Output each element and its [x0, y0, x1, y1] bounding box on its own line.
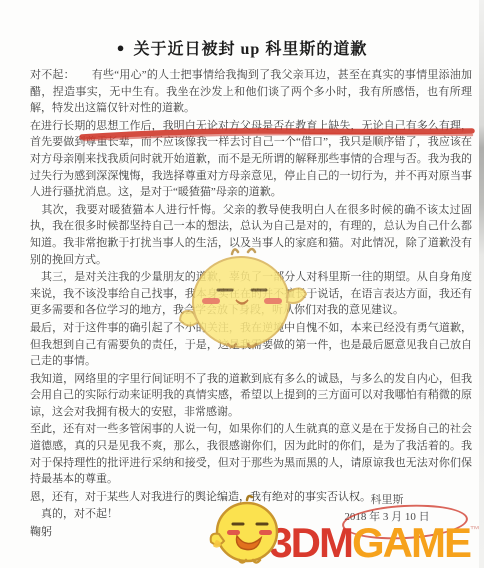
- apology-letter-body: 对不起： 有些“用心”的人士把事情给我掏到了我父亲耳边，甚至在真实的事情里添油加…: [30, 67, 472, 542]
- paragraph-sincerity: 我知道，网络里的字里行间证明不了我的道歉到底有多么的诚恳，与多么的发自内心，但我…: [30, 371, 472, 421]
- page-title: ●关于近日被封 up 科里斯的道歉: [0, 36, 484, 59]
- chick-mascot-icon: [209, 494, 283, 566]
- page-title-text: 关于近日被封 up 科里斯的道歉: [134, 41, 368, 58]
- brand-watermark: 3DMGAME™: [209, 494, 480, 566]
- photo-edge-artifact: [479, 0, 484, 568]
- paragraph-apology-to-victim: 其次，我要对暖猹猫本人进行忏悔。父亲的教导使我明白人在很多时候的确不该太过固执，…: [30, 202, 472, 268]
- trademark-icon: ™: [470, 525, 480, 536]
- paragraph-to-critics: 至此，还有对一些多管闲事的人说一句，如果你们的人生就真的意义是在于发扬自己的社会…: [30, 421, 472, 487]
- paragraph-apology-to-mother: 在进行长期的思想工作后，我明白无论对方父母是否在教育上缺失，无论自己有多么有理，…: [30, 118, 472, 201]
- bullet-icon: ●: [117, 40, 126, 55]
- brand-wordmark: 3DMGAME™: [269, 508, 480, 566]
- brand-game: GAME: [352, 519, 470, 566]
- paragraph-apology-to-followers: 其三，是对关注我的少量朋友的道歉，辜负了一部分人对科里斯一往的期望。从自身角度来…: [30, 269, 472, 319]
- paragraph-opening: 对不起： 有些“用心”的人士把事情给我掏到了我父亲耳边，甚至在真实的事情里添油加…: [30, 67, 472, 117]
- paragraph-final-remarks: 最后，对于这件事的确引起了不小的关注，我在逆境中自愧不如，本来已经没有勇气道歉，…: [30, 320, 472, 370]
